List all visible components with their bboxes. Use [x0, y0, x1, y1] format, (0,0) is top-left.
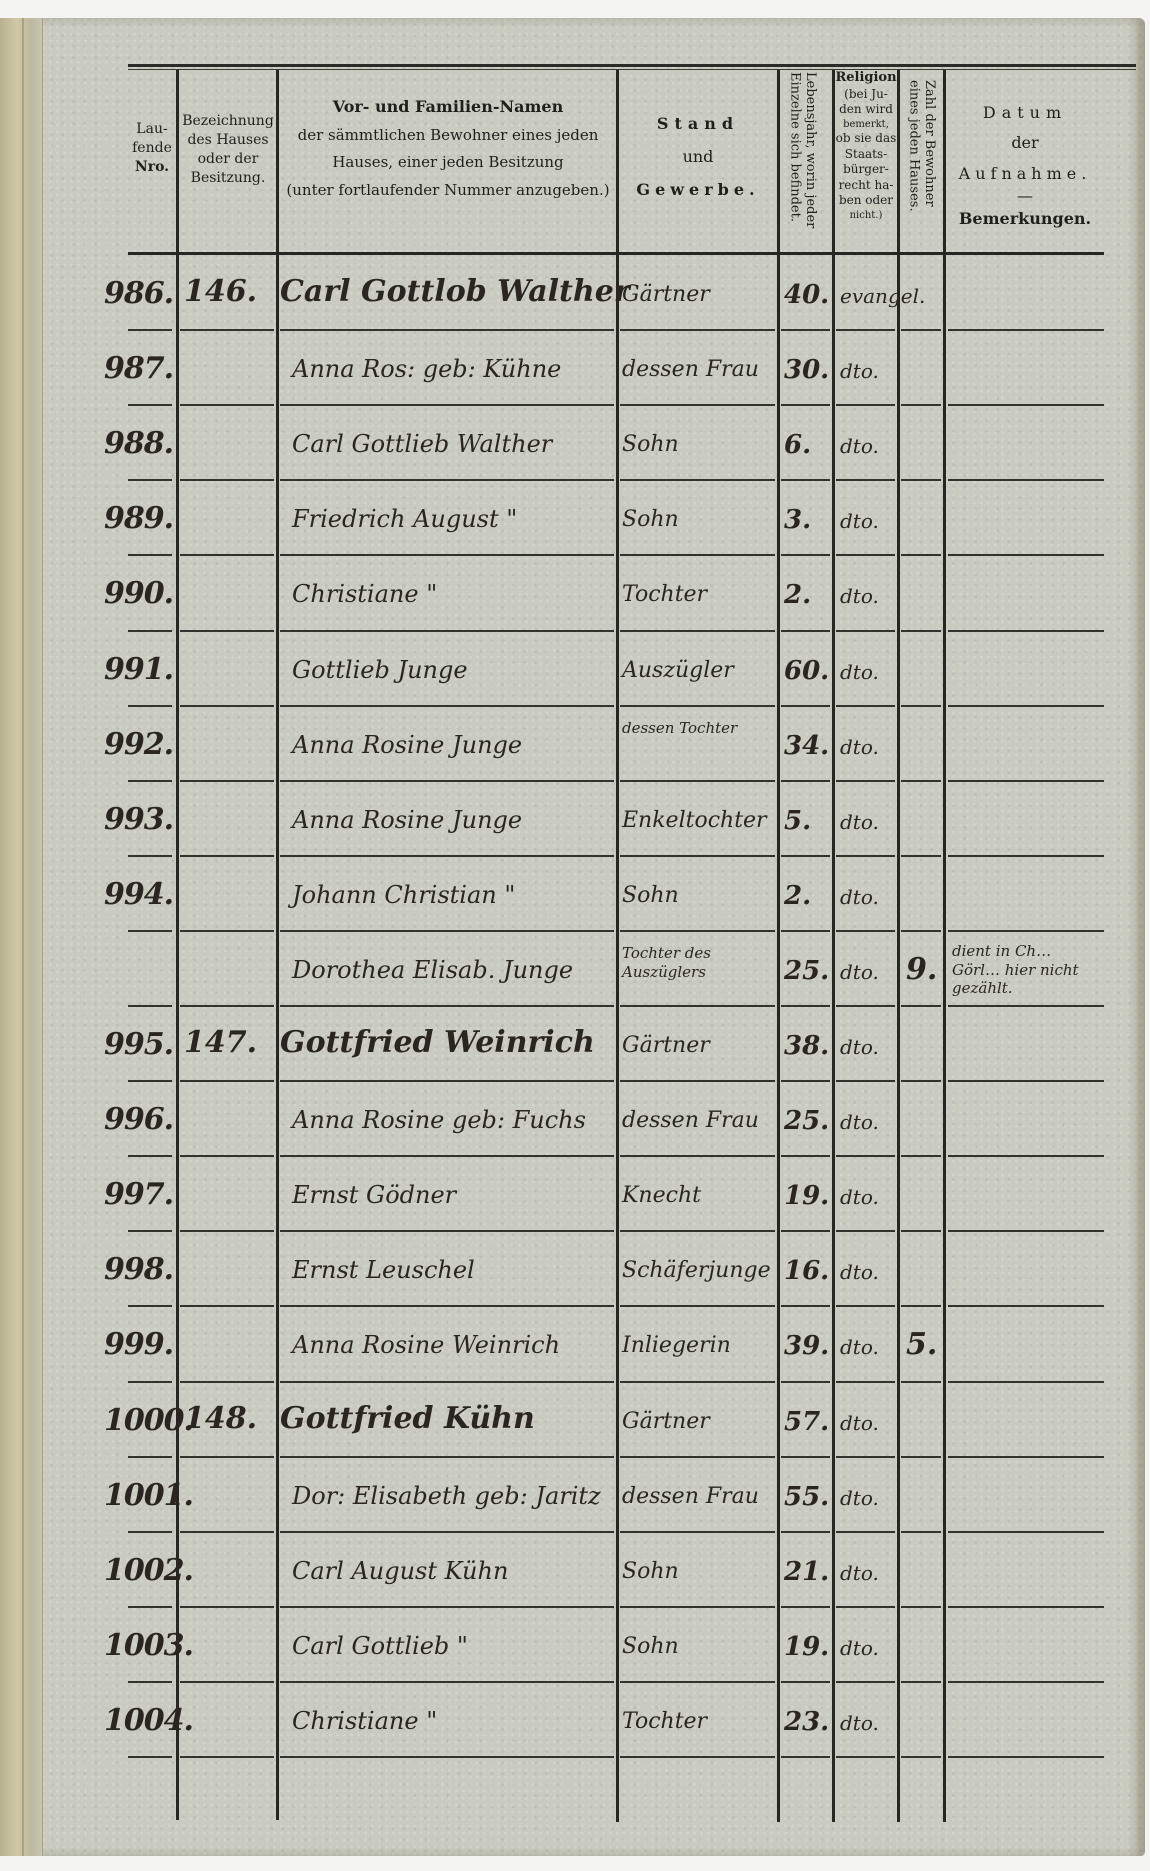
- header-stand: Stand und Gewerbe.: [618, 108, 778, 206]
- row-rule: [280, 1080, 614, 1082]
- row-rule: [180, 479, 274, 481]
- book-binding: [0, 18, 43, 1856]
- row-rule: [836, 1456, 895, 1458]
- row-rule: [128, 1005, 172, 1007]
- row-rule: [128, 329, 172, 331]
- row-rule: [836, 329, 895, 331]
- row-rule: [280, 1606, 614, 1608]
- religion: dto.: [840, 359, 879, 383]
- header-house-line: Bezeichnung: [178, 112, 278, 131]
- row-rule: [836, 1305, 895, 1307]
- row-rule: [781, 1756, 830, 1758]
- header-count: Zahl der Bewohner eines jeden Hauses.: [906, 80, 937, 250]
- row-rule: [180, 630, 274, 632]
- header-religion-line: ben oder: [834, 193, 898, 209]
- religion: dto.: [840, 960, 879, 984]
- row-number: 994.: [104, 877, 173, 912]
- row-rule: [620, 1531, 775, 1533]
- header-stand-line: Gewerbe.: [618, 174, 778, 207]
- row-rule: [620, 855, 775, 857]
- age: 55.: [784, 1482, 829, 1512]
- row-rule: [948, 1305, 1104, 1307]
- row-rule: [180, 1681, 274, 1683]
- row-rule: [901, 1381, 941, 1383]
- resident-name: Carl August Kühn: [292, 1557, 508, 1585]
- row-rule: [836, 930, 895, 932]
- age: 38.: [784, 1031, 829, 1061]
- header-religion-line: recht ha-: [834, 178, 898, 194]
- row-rule: [901, 554, 941, 556]
- row-rule: [836, 1531, 895, 1533]
- row-rule: [781, 1305, 830, 1307]
- row-rule: [280, 404, 614, 406]
- row-rule: [948, 930, 1104, 932]
- resident-name: Anna Rosine Weinrich: [292, 1331, 560, 1359]
- row-rule: [180, 1305, 274, 1307]
- row-rule: [836, 780, 895, 782]
- row-rule: [836, 630, 895, 632]
- row-rule: [180, 1080, 274, 1082]
- resident-name: Dor: Elisabeth geb: Jaritz: [292, 1482, 601, 1510]
- row-number: 1003.: [104, 1628, 193, 1663]
- row-rule: [280, 705, 614, 707]
- age: 5.: [784, 806, 811, 836]
- house-number: 146.: [184, 274, 257, 309]
- row-rule: [180, 1456, 274, 1458]
- row-rule: [901, 1155, 941, 1157]
- resident-name: Carl Gottlieb ": [292, 1632, 468, 1660]
- header-house-line: des Hauses: [178, 131, 278, 150]
- row-rule: [901, 479, 941, 481]
- row-number: 995.: [104, 1027, 173, 1062]
- header-religion-line: (bei Ju-: [834, 87, 898, 103]
- header-house-line: Besitzung.: [178, 169, 278, 188]
- row-rule: [280, 1531, 614, 1533]
- row-rule: [280, 479, 614, 481]
- row-rule: [128, 479, 172, 481]
- header-religion-line: nicht.): [834, 209, 898, 222]
- header-count-line: eines jeden Hauses.: [906, 80, 922, 250]
- header-religion-line: den wird: [834, 102, 898, 118]
- religion: dto.: [840, 1561, 879, 1585]
- resident-name: Carl Gottlieb Walther: [292, 430, 552, 458]
- row-rule: [128, 1381, 172, 1383]
- row-rule: [948, 705, 1104, 707]
- occupation: Sohn: [622, 1634, 679, 1659]
- header-religion-line: ob sie das: [834, 131, 898, 147]
- row-rule: [128, 630, 172, 632]
- row-rule: [280, 1305, 614, 1307]
- row-rule: [781, 930, 830, 932]
- col-divider-religion-count: [897, 70, 900, 1822]
- header-house-line: oder der: [178, 150, 278, 169]
- row-rule: [948, 780, 1104, 782]
- header-age: Lebensjahr, worin jeder Einzelne sich be…: [787, 72, 818, 252]
- row-rule: [620, 404, 775, 406]
- top-rule: [128, 64, 1136, 67]
- row-rule: [280, 329, 614, 331]
- row-rule: [948, 1681, 1104, 1683]
- row-rule: [948, 1381, 1104, 1383]
- occupation: Gärtner: [622, 1409, 710, 1434]
- row-rule: [836, 1681, 895, 1683]
- row-rule: [836, 1756, 895, 1758]
- header-date: Datum der Aufnahme. — Bemerkungen.: [946, 98, 1104, 234]
- row-rule: [280, 1230, 614, 1232]
- age: 2.: [784, 580, 811, 610]
- resident-name: Ernst Gödner: [292, 1181, 456, 1209]
- age: 60.: [784, 656, 829, 686]
- age: 3.: [784, 505, 811, 535]
- row-rule: [836, 404, 895, 406]
- row-rule: [280, 930, 614, 932]
- age: 25.: [784, 1106, 829, 1136]
- row-rule: [781, 404, 830, 406]
- row-rule: [948, 1080, 1104, 1082]
- header-name-line: (unter fortlaufender Nummer anzugeben.): [280, 177, 616, 205]
- resident-name: Anna Ros: geb: Kühne: [292, 355, 561, 383]
- row-rule: [280, 855, 614, 857]
- row-rule: [901, 780, 941, 782]
- row-number: 991.: [104, 652, 173, 687]
- row-rule: [620, 479, 775, 481]
- row-rule: [180, 705, 274, 707]
- row-rule: [836, 1005, 895, 1007]
- header-religion: Religion (bei Ju- den wird bemerkt, ob s…: [834, 70, 898, 222]
- row-rule: [948, 404, 1104, 406]
- row-rule: [280, 780, 614, 782]
- religion: dto.: [840, 1636, 879, 1660]
- occupation: Schäferjunge: [622, 1258, 771, 1283]
- row-rule: [620, 705, 775, 707]
- row-rule: [620, 1080, 775, 1082]
- row-number: 1004.: [104, 1703, 193, 1738]
- row-rule: [620, 1456, 775, 1458]
- row-rule: [781, 780, 830, 782]
- row-rule: [781, 1531, 830, 1533]
- row-rule: [781, 705, 830, 707]
- age: 19.: [784, 1632, 829, 1662]
- row-rule: [620, 1756, 775, 1758]
- occupation: Enkeltochter: [622, 808, 767, 833]
- row-rule: [280, 1155, 614, 1157]
- row-rule: [836, 1381, 895, 1383]
- resident-name: Gottlieb Junge: [292, 656, 468, 684]
- resident-name: Friedrich August ": [292, 505, 517, 533]
- row-rule: [948, 1756, 1104, 1758]
- header-name-title: Vor- und Familien-Namen: [280, 92, 616, 122]
- religion: dto.: [840, 1110, 879, 1134]
- religion: dto.: [840, 810, 879, 834]
- row-rule: [948, 1005, 1104, 1007]
- row-rule: [620, 1681, 775, 1683]
- age: 25.: [784, 956, 829, 986]
- row-number: 1002.: [104, 1553, 193, 1588]
- row-rule: [781, 1456, 830, 1458]
- row-rule: [180, 554, 274, 556]
- occupation: Knecht: [622, 1183, 701, 1208]
- resident-name: Gottfried Kühn: [280, 1401, 535, 1436]
- row-rule: [781, 554, 830, 556]
- header-date-line: der: [946, 128, 1104, 158]
- row-rule: [781, 1230, 830, 1232]
- row-number: 1001.: [104, 1478, 193, 1513]
- row-rule: [620, 554, 775, 556]
- religion: evangel.: [840, 284, 925, 308]
- row-rule: [128, 404, 172, 406]
- row-rule: [781, 1005, 830, 1007]
- row-rule: [901, 329, 941, 331]
- header-name: Vor- und Familien-Namen der sämmtlichen …: [280, 92, 616, 205]
- header-house: Bezeichnung des Hauses oder der Besitzun…: [178, 112, 278, 188]
- row-number: 988.: [104, 426, 173, 461]
- resident-name: Carl Gottlob Walther: [280, 274, 630, 309]
- row-rule: [620, 1381, 775, 1383]
- row-rule: [180, 1155, 274, 1157]
- resident-name: Anna Rosine Junge: [292, 731, 522, 759]
- age: 39.: [784, 1331, 829, 1361]
- religion: dto.: [840, 1035, 879, 1059]
- header-age-line: Lebensjahr, worin jeder: [803, 72, 819, 252]
- row-number: 999.: [104, 1327, 173, 1362]
- row-rule: [128, 1681, 172, 1683]
- col-divider-count-date: [943, 70, 946, 1822]
- row-rule: [948, 554, 1104, 556]
- row-rule: [901, 630, 941, 632]
- row-rule: [180, 404, 274, 406]
- header-date-line: Bemerkungen.: [946, 204, 1104, 234]
- header-nro: Lau- fende Nro.: [126, 120, 178, 177]
- row-rule: [781, 1681, 830, 1683]
- row-rule: [781, 1155, 830, 1157]
- resident-name: Gottfried Weinrich: [280, 1025, 595, 1060]
- row-rule: [128, 1230, 172, 1232]
- row-rule: [128, 1531, 172, 1533]
- row-rule: [781, 1606, 830, 1608]
- row-rule: [836, 1606, 895, 1608]
- row-rule: [901, 1531, 941, 1533]
- occupation: dessen Frau: [622, 1108, 759, 1133]
- occupation: dessen Frau: [622, 357, 759, 382]
- religion: dto.: [840, 1335, 879, 1359]
- row-rule: [620, 1005, 775, 1007]
- age: 6.: [784, 430, 811, 460]
- age: 16.: [784, 1256, 829, 1286]
- row-rule: [836, 479, 895, 481]
- row-rule: [128, 1456, 172, 1458]
- household-count: 9.: [906, 952, 937, 987]
- occupation: dessen Tochter: [622, 719, 772, 739]
- row-rule: [901, 1305, 941, 1307]
- row-rule: [901, 1681, 941, 1683]
- row-rule: [901, 1005, 941, 1007]
- age: 23.: [784, 1707, 829, 1737]
- resident-name: Ernst Leuschel: [292, 1256, 475, 1284]
- row-rule: [128, 1606, 172, 1608]
- row-rule: [781, 1080, 830, 1082]
- row-rule: [128, 554, 172, 556]
- row-number: 990.: [104, 576, 173, 611]
- religion: dto.: [840, 1411, 879, 1435]
- row-rule: [620, 1155, 775, 1157]
- age: 40.: [784, 280, 829, 310]
- household-count: 5.: [906, 1327, 937, 1362]
- row-number: 993.: [104, 802, 173, 837]
- header-religion-line: Staats-: [834, 147, 898, 163]
- row-rule: [280, 630, 614, 632]
- row-number: 997.: [104, 1177, 173, 1212]
- row-rule: [781, 479, 830, 481]
- row-number: 987.: [104, 351, 173, 386]
- occupation: Sohn: [622, 432, 679, 457]
- religion: dto.: [840, 1260, 879, 1284]
- row-rule: [620, 780, 775, 782]
- row-rule: [280, 1681, 614, 1683]
- header-nro-line: fende: [126, 139, 178, 158]
- col-divider-house-name: [276, 70, 279, 1820]
- row-rule: [128, 855, 172, 857]
- row-rule: [128, 1080, 172, 1082]
- row-number: 1000.: [104, 1403, 193, 1438]
- row-rule: [280, 554, 614, 556]
- top-rule-thin: [128, 69, 1136, 70]
- header-age-line: Einzelne sich befindet.: [787, 72, 803, 252]
- religion: dto.: [840, 885, 879, 909]
- header-date-line: Datum: [946, 98, 1104, 128]
- row-rule: [180, 329, 274, 331]
- header-religion-line: bemerkt,: [834, 118, 898, 131]
- row-rule: [180, 780, 274, 782]
- age: 57.: [784, 1407, 829, 1437]
- row-rule: [948, 1155, 1104, 1157]
- row-rule: [948, 1531, 1104, 1533]
- row-number: 986.: [104, 276, 173, 311]
- row-rule: [280, 1456, 614, 1458]
- row-number: 989.: [104, 501, 173, 536]
- row-number: 998.: [104, 1252, 173, 1287]
- age: 30.: [784, 355, 829, 385]
- row-rule: [781, 855, 830, 857]
- row-rule: [620, 630, 775, 632]
- occupation: Inliegerin: [622, 1333, 731, 1358]
- row-rule: [620, 1230, 775, 1232]
- row-rule: [901, 1606, 941, 1608]
- row-rule: [128, 1305, 172, 1307]
- row-rule: [901, 930, 941, 932]
- row-rule: [901, 855, 941, 857]
- house-number: 148.: [184, 1401, 257, 1436]
- col-divider-age-religion: [832, 70, 835, 1822]
- row-rule: [901, 1756, 941, 1758]
- age: 34.: [784, 731, 829, 761]
- row-rule: [901, 404, 941, 406]
- occupation: Sohn: [622, 1559, 679, 1584]
- occupation: Tochter: [622, 582, 707, 607]
- resident-name: Dorothea Elisab. Junge: [292, 956, 573, 984]
- resident-name: Anna Rosine geb: Fuchs: [292, 1106, 586, 1134]
- religion: dto.: [840, 434, 879, 458]
- row-number: 992.: [104, 727, 173, 762]
- row-rule: [948, 1230, 1104, 1232]
- row-rule: [180, 930, 274, 932]
- row-rule: [901, 705, 941, 707]
- row-rule: [180, 1756, 274, 1758]
- occupation: Gärtner: [622, 1033, 710, 1058]
- resident-name: Christiane ": [292, 1707, 437, 1735]
- row-rule: [948, 1606, 1104, 1608]
- row-rule: [836, 705, 895, 707]
- col-divider-stand-age: [777, 70, 780, 1822]
- row-rule: [180, 1381, 274, 1383]
- row-rule: [128, 705, 172, 707]
- row-rule: [180, 1230, 274, 1232]
- occupation: Auszügler: [622, 658, 734, 683]
- header-name-line: Hauses, einer jeden Besitzung: [280, 149, 616, 177]
- header-nro-line: Lau-: [126, 120, 178, 139]
- row-rule: [901, 1456, 941, 1458]
- header-nro-line: Nro.: [126, 158, 178, 177]
- row-rule: [280, 1756, 614, 1758]
- religion: dto.: [840, 735, 879, 759]
- header-religion-line: bürger-: [834, 162, 898, 178]
- row-rule: [901, 1230, 941, 1232]
- occupation: Sohn: [622, 883, 679, 908]
- row-rule: [836, 1080, 895, 1082]
- row-rule: [948, 329, 1104, 331]
- row-rule: [781, 630, 830, 632]
- row-rule: [128, 780, 172, 782]
- religion: dto.: [840, 1486, 879, 1510]
- col-divider-name-stand: [616, 70, 619, 1822]
- row-rule: [180, 1531, 274, 1533]
- age: 19.: [784, 1181, 829, 1211]
- row-rule: [620, 1606, 775, 1608]
- header-name-line: der sämmtlichen Bewohner eines jeden: [280, 122, 616, 150]
- occupation: dessen Frau: [622, 1484, 759, 1509]
- header-date-line: Aufnahme.: [946, 159, 1104, 189]
- row-rule: [781, 329, 830, 331]
- header-stand-line: Stand: [618, 108, 778, 141]
- religion: dto.: [840, 1185, 879, 1209]
- header-stand-line: und: [618, 141, 778, 174]
- header-count-line: Zahl der Bewohner: [922, 80, 938, 250]
- row-rule: [128, 1155, 172, 1157]
- row-rule: [781, 1381, 830, 1383]
- row-rule: [128, 1756, 172, 1758]
- house-number: 147.: [184, 1025, 257, 1060]
- row-rule: [180, 1606, 274, 1608]
- row-rule: [948, 1456, 1104, 1458]
- resident-name: Anna Rosine Junge: [292, 806, 522, 834]
- row-rule: [280, 1381, 614, 1383]
- occupation: Gärtner: [622, 282, 710, 307]
- religion: dto.: [840, 1711, 879, 1735]
- resident-name: Johann Christian ": [292, 881, 515, 909]
- row-rule: [901, 1080, 941, 1082]
- row-rule: [948, 855, 1104, 857]
- row-rule: [180, 855, 274, 857]
- row-rule: [180, 1005, 274, 1007]
- row-rule: [836, 1155, 895, 1157]
- age: 21.: [784, 1557, 829, 1587]
- row-rule: [620, 930, 775, 932]
- row-rule: [280, 1005, 614, 1007]
- row-rule: [836, 855, 895, 857]
- row-rule: [948, 630, 1104, 632]
- religion: dto.: [840, 660, 879, 684]
- occupation: Tochter: [622, 1709, 707, 1734]
- religion: dto.: [840, 584, 879, 608]
